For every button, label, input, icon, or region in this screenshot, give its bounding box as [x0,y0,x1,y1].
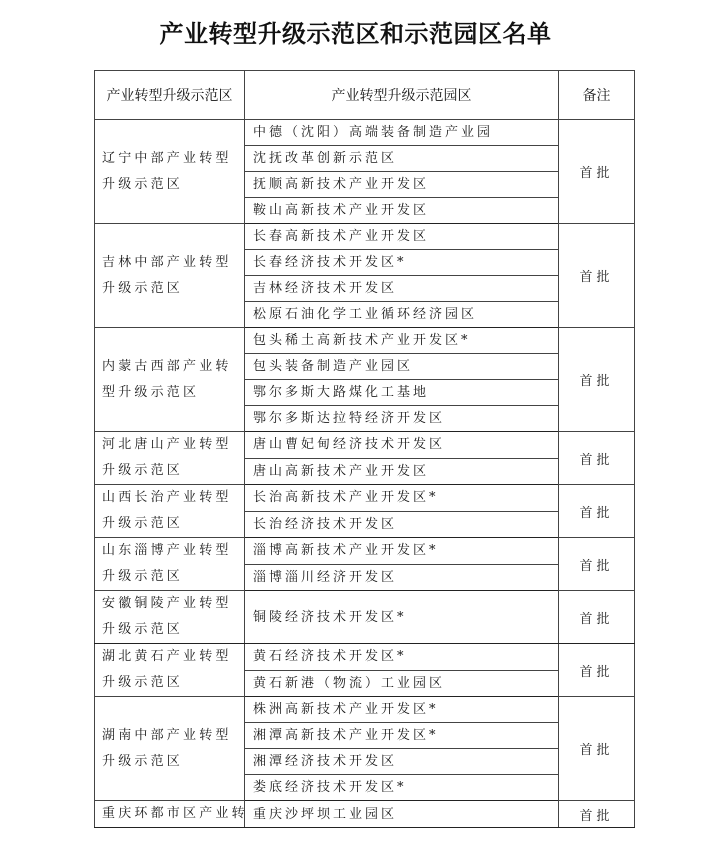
park-name: 沈抚改革创新示范区 [245,146,559,172]
park-name: 唐山曹妃甸经济技术开发区 [245,432,559,459]
park-name: 松原石油化学工业循环经济园区 [245,302,559,328]
park-name: 黄石新港（物流）工业园区 [245,670,559,697]
table-row: 安徽铜陵产业转型升级示范区 铜陵经济技术开发区* 首批 [95,591,635,644]
table-row: 内蒙古西部产业转型升级示范区 包头稀土高新技术产业开发区* 首批 [95,328,635,354]
table-row: 吉林中部产业转型升级示范区 长春高新技术产业开发区 首批 [95,224,635,250]
park-name: 长春高新技术产业开发区 [245,224,559,250]
table-row: 重庆环都市区产业转 重庆沙坪坝工业园区 首批 [95,801,635,828]
park-name: 淄博高新技术产业开发区* [245,538,559,565]
park-name: 鄂尔多斯达拉特经济开发区 [245,406,559,432]
park-name: 吉林经济技术开发区 [245,276,559,302]
note-cell: 首批 [559,591,635,644]
park-name: 包头装备制造产业园区 [245,354,559,380]
table-row: 湖南中部产业转型升级示范区 株洲高新技术产业开发区* 首批 [95,697,635,723]
table-header-row: 产业转型升级示范区 产业转型升级示范园区 备注 [95,71,635,120]
park-name: 中德（沈阳）高端装备制造产业园 [245,120,559,146]
header-zone: 产业转型升级示范区 [95,71,245,120]
note-cell: 首批 [559,644,635,697]
note-cell: 首批 [559,801,635,828]
table-row: 河北唐山产业转型升级示范区 唐山曹妃甸经济技术开发区 首批 [95,432,635,459]
zone-name: 重庆环都市区产业转 [95,801,245,828]
park-name: 唐山高新技术产业开发区 [245,458,559,485]
park-name: 淄博淄川经济开发区 [245,564,559,591]
note-cell: 首批 [559,432,635,485]
park-name: 娄底经济技术开发区* [245,775,559,801]
note-cell: 首批 [559,538,635,591]
zone-name: 河北唐山产业转型升级示范区 [95,432,245,485]
park-name: 长治高新技术产业开发区* [245,485,559,512]
park-name: 湘潭高新技术产业开发区* [245,723,559,749]
note-cell: 首批 [559,224,635,328]
park-name: 株洲高新技术产业开发区* [245,697,559,723]
note-cell: 首批 [559,697,635,801]
note-cell: 首批 [559,120,635,224]
note-cell: 首批 [559,485,635,538]
document-title: 产业转型升级示范区和示范园区名单 [0,14,711,49]
note-cell: 首批 [559,328,635,432]
zone-name: 湖南中部产业转型升级示范区 [95,697,245,801]
park-name: 包头稀土高新技术产业开发区* [245,328,559,354]
demo-zone-table: 产业转型升级示范区 产业转型升级示范园区 备注 辽宁中部产业转型升级示范区 中德… [94,70,635,828]
park-name: 鄂尔多斯大路煤化工基地 [245,380,559,406]
zone-name: 湖北黄石产业转型升级示范区 [95,644,245,697]
park-name: 长治经济技术开发区 [245,511,559,538]
table-row: 辽宁中部产业转型升级示范区 中德（沈阳）高端装备制造产业园 首批 [95,120,635,146]
park-name: 长春经济技术开发区* [245,250,559,276]
park-name: 黄石经济技术开发区* [245,644,559,671]
zone-name: 山东淄博产业转型升级示范区 [95,538,245,591]
park-name: 湘潭经济技术开发区 [245,749,559,775]
table-row: 山东淄博产业转型升级示范区 淄博高新技术产业开发区* 首批 [95,538,635,565]
header-park: 产业转型升级示范园区 [245,71,559,120]
table-row: 湖北黄石产业转型升级示范区 黄石经济技术开发区* 首批 [95,644,635,671]
header-note: 备注 [559,71,635,120]
zone-name: 安徽铜陵产业转型升级示范区 [95,591,245,644]
park-name: 鞍山高新技术产业开发区 [245,198,559,224]
zone-name: 山西长治产业转型升级示范区 [95,485,245,538]
zone-name: 内蒙古西部产业转型升级示范区 [95,328,245,432]
park-name: 抚顺高新技术产业开发区 [245,172,559,198]
park-name: 铜陵经济技术开发区* [245,591,559,644]
park-name: 重庆沙坪坝工业园区 [245,801,559,828]
zone-name: 吉林中部产业转型升级示范区 [95,224,245,328]
zone-name: 辽宁中部产业转型升级示范区 [95,120,245,224]
table-row: 山西长治产业转型升级示范区 长治高新技术产业开发区* 首批 [95,485,635,512]
